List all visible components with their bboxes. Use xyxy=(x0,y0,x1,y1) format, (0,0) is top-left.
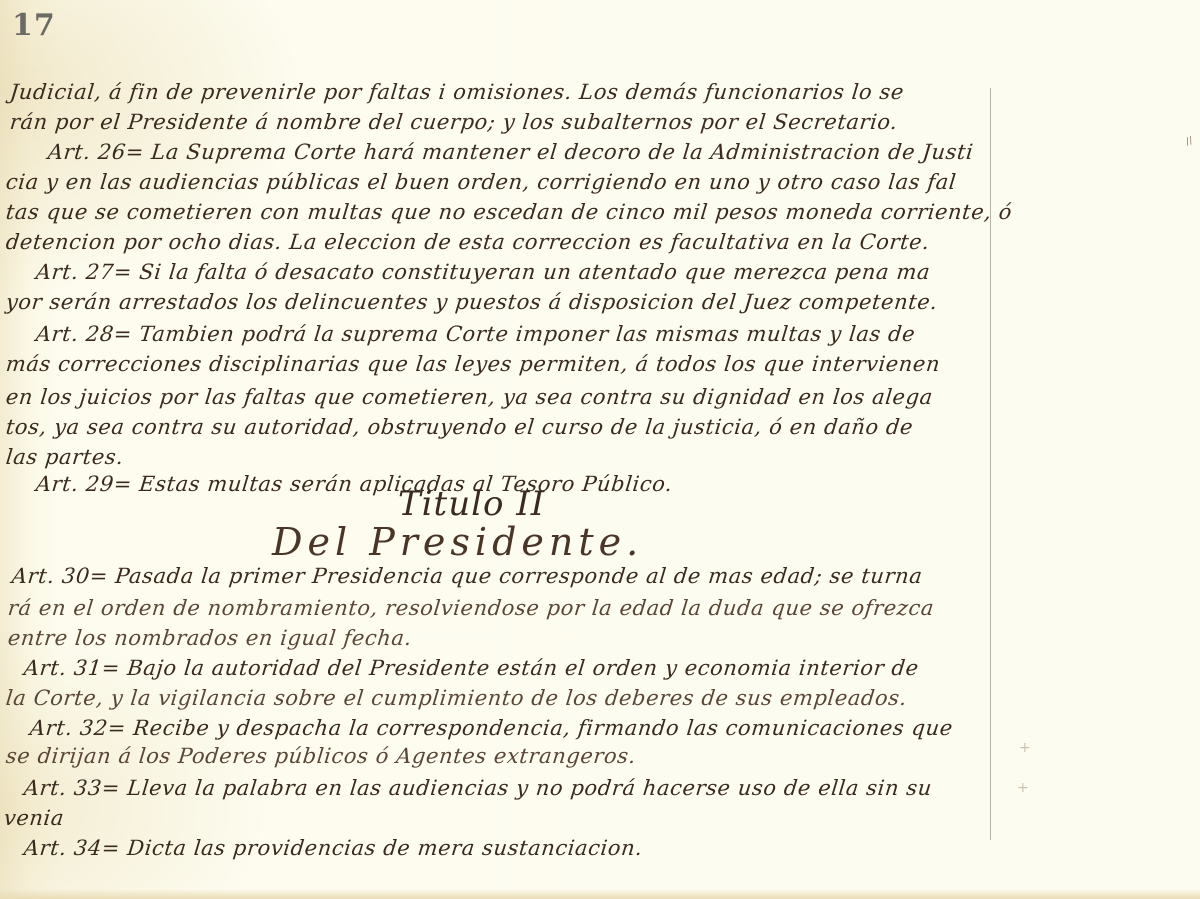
article-34-line: Art. 34= Dicta las providencias de mera … xyxy=(23,836,644,860)
section-title: Titulo II xyxy=(398,484,545,524)
article-29-line: Art. 29= Estas multas serán aplicadas al… xyxy=(35,472,674,496)
text-line: más correcciones disciplinarias que las … xyxy=(5,352,942,376)
article-33-line: Art. 33= Lleva la palabra en las audienc… xyxy=(23,776,933,800)
text-line: se dirijan á los Poderes públicos ó Agen… xyxy=(5,744,638,768)
page-bottom-edge xyxy=(0,889,1200,899)
text-line: en los juicios por las faltas que cometi… xyxy=(5,385,934,409)
text-line: las partes. xyxy=(5,445,125,469)
article-30-line: Art. 30= Pasada la primer Presidencia qu… xyxy=(11,564,924,588)
page-number: 17 xyxy=(12,8,56,43)
article-27-line: Art. 27= Si la falta ó desacato constitu… xyxy=(35,260,932,284)
text-line: detencion por ocho dias. La eleccion de … xyxy=(5,230,931,254)
text-line: rá en el orden de nombramiento, resolvie… xyxy=(7,596,936,620)
text-line: Judicial, á fin de prevenirle por faltas… xyxy=(9,80,906,104)
section-subtitle: Del Presidente. xyxy=(272,520,643,564)
text-line: cia y en las audiencias públicas el buen… xyxy=(5,170,958,194)
article-26-line: Art. 26= La Suprema Corte hará mantener … xyxy=(47,140,975,164)
pencil-cross-mark: + xyxy=(1017,780,1029,796)
stray-ink-mark: // xyxy=(1184,135,1194,148)
pencil-cross-mark: + xyxy=(1019,740,1031,756)
article-32-line: Art. 32= Recibe y despacha la correspond… xyxy=(29,716,954,740)
text-line: yor serán arrestados los delincuentes y … xyxy=(5,290,939,314)
text-line: la Corte, y la vigilancia sobre el cumpl… xyxy=(5,686,909,710)
article-31-line: Art. 31= Bajo la autoridad del President… xyxy=(23,656,920,680)
text-line: tas que se cometieren con multas que no … xyxy=(5,200,1014,224)
text-line: tos, ya sea contra su autoridad, obstruy… xyxy=(5,415,915,439)
text-line: rán por el Presidente á nombre del cuerp… xyxy=(9,110,899,134)
text-line: venia xyxy=(3,806,66,830)
manuscript-page: 17 // + + Judicial, á fin de prevenirle … xyxy=(0,0,1200,899)
text-line: entre los nombrados en igual fecha. xyxy=(7,626,413,650)
article-28-line: Art. 28= Tambien podrá la suprema Corte … xyxy=(35,322,917,346)
